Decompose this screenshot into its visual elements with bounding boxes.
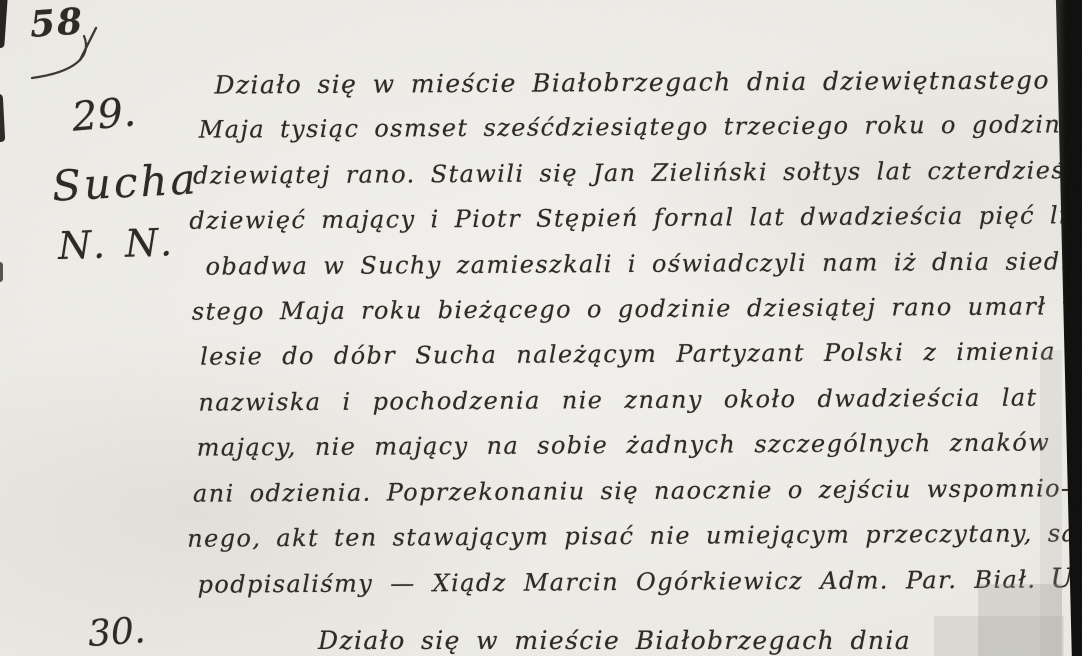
record-line: dziewięć mający i Piotr Stępień fornal l…	[189, 194, 1061, 245]
next-margin-act-number: 30.	[87, 610, 147, 655]
record-line: lesie do dóbr Sucha należącym Partyzant …	[200, 330, 1062, 381]
scan-shading-patch	[934, 616, 1064, 656]
margin-act-number: 29.	[70, 89, 137, 140]
margin-place-name: Sucha	[51, 154, 200, 211]
record-line: dziewiątej rano. Stawili się Jan Zielińs…	[193, 148, 1061, 199]
record-line: Maja tysiąc osmset sześćdziesiątego trze…	[199, 103, 1061, 154]
record-body: Działo się w mieście Białobrzegach dnia …	[196, 57, 1063, 607]
record-line: podpisaliśmy — Xiądz Marcin Ogórkiewicz …	[197, 557, 1063, 608]
record-line-text: podpisaliśmy — Xiądz Marcin Ogórkiewicz …	[197, 566, 1036, 599]
record-line: nego, akt ten stawającym pisać nie umiej…	[187, 511, 1063, 562]
ink-smudge	[0, 94, 5, 142]
record-line: stego Maja roku bieżącego o godzinie dzi…	[192, 284, 1062, 335]
page-number-flourish-icon	[18, 26, 108, 86]
record-line: obadwa w Suchy zamieszkali i oświadczyli…	[205, 239, 1061, 290]
record-line: Działo się w mieście Białobrzegach dnia …	[214, 57, 1060, 108]
scanned-register-page: 58 29. Sucha N. N. Działo się w mieście …	[0, 0, 1082, 656]
record-line: mający, nie mający na sobie żadnych szcz…	[197, 420, 1063, 471]
record-line: ani odzienia. Poprzekonaniu się naocznie…	[193, 466, 1063, 517]
next-record-first-line: Działo się w mieście Białobrzegach dnia	[318, 626, 911, 655]
record-line: nazwiska i pochodzenia nie znany około d…	[198, 375, 1062, 426]
ink-smudge	[0, 262, 3, 282]
margin-person-initials: N. N.	[57, 220, 176, 268]
ink-smudge	[0, 0, 8, 48]
